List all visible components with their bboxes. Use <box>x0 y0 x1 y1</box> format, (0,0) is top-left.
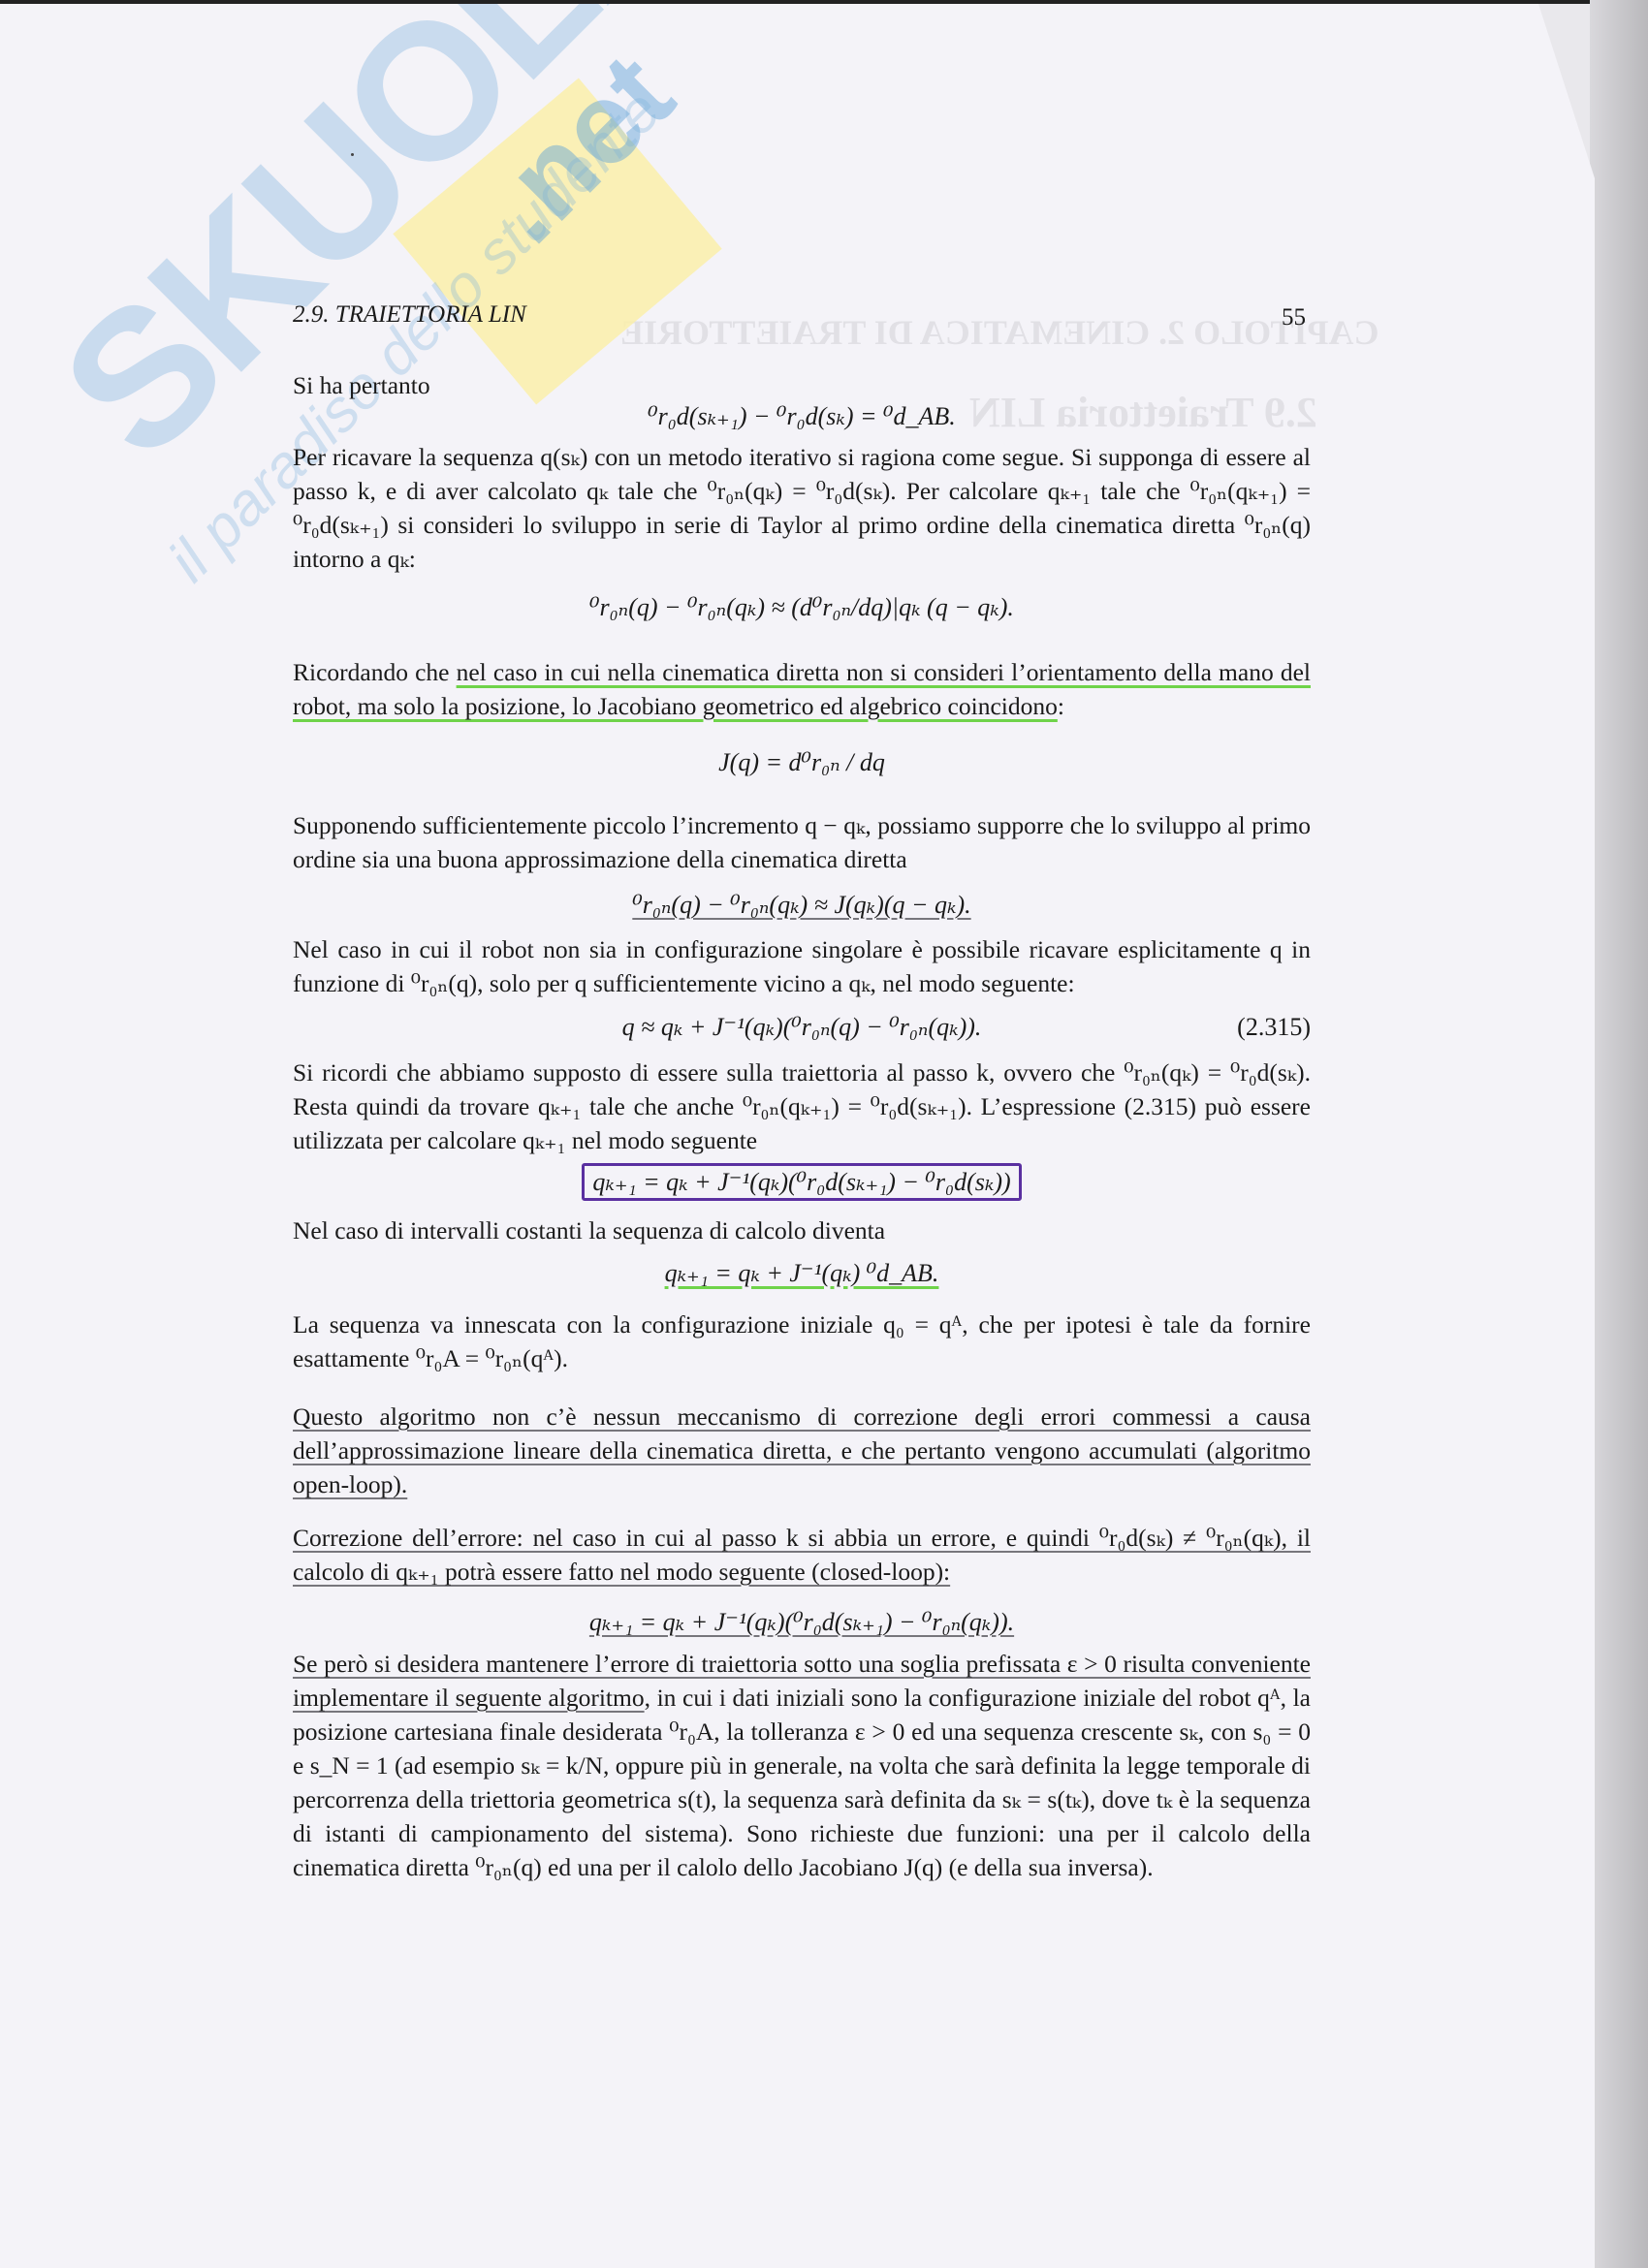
paragraph-text: , in cui i dati iniziali sono la configu… <box>293 1684 1311 1881</box>
purple-boxed-equation: qₖ₊₁ = qₖ + J⁻¹(qₖ)(⁰r₀d(sₖ₊₁) − ⁰r₀d(sₖ… <box>582 1163 1021 1201</box>
bleed-through-header: CAPITOLO 2. CINEMATICA DI TRAIETTORIE <box>620 312 1379 353</box>
scanner-background <box>1590 0 1648 2268</box>
pencil-underlined-paragraph: Correzione dell’errore: nel caso in cui … <box>293 1521 1311 1589</box>
document-page: CAPITOLO 2. CINEMATICA DI TRAIETTORIE 2.… <box>0 4 1595 2268</box>
paragraph: Si ricordi che abbiamo supposto di esser… <box>293 1055 1311 1157</box>
equation: ⁰r₀ₙ(q) − ⁰r₀ₙ(qₖ) ≈ J(qₖ)(q − qₖ). <box>293 888 1311 922</box>
paragraph: Supponendo sufficientemente piccolo l’in… <box>293 808 1311 876</box>
paragraph: Se però si desidera mantenere l’errore d… <box>293 1647 1311 1884</box>
equation-number: (2.315) <box>1237 1010 1311 1044</box>
paragraph-text: : <box>1058 692 1064 720</box>
equation: ⁰r₀ₙ(q) − ⁰r₀ₙ(qₖ) ≈ (d⁰r₀ₙ/dq)|qₖ (q − … <box>293 590 1311 624</box>
paragraph: La sequenza va innescata con la configur… <box>293 1307 1311 1375</box>
paragraph-text: Ricordando che <box>293 658 457 686</box>
paragraph: Si ha pertanto <box>293 368 1311 402</box>
paragraph: Nel caso in cui il robot non sia in conf… <box>293 932 1311 1000</box>
pencil-underline: qₖ₊₁ = qₖ + J⁻¹(qₖ)(⁰r₀d(sₖ₊₁) − ⁰r₀ₙ(qₖ… <box>589 1608 1014 1636</box>
green-highlight: qₖ₊₁ = qₖ + J⁻¹(qₖ) ⁰d_AB. <box>665 1259 939 1287</box>
equation: q ≈ qₖ + J⁻¹(qₖ)(⁰r₀ₙ(q) − ⁰r₀ₙ(qₖ)). (2… <box>293 1010 1311 1044</box>
page-number: 55 <box>1282 304 1306 331</box>
paragraph: Ricordando che nel caso in cui nella cin… <box>293 655 1311 723</box>
speck <box>351 153 354 156</box>
pencil-underlined-paragraph: Questo algoritmo non c’è nessun meccanis… <box>293 1400 1311 1501</box>
equation: ⁰r₀d(sₖ₊₁) − ⁰r₀d(sₖ) = ⁰d_AB. <box>293 399 1311 433</box>
equation: J(q) = d⁰r₀ₙ / dq <box>293 745 1311 779</box>
watermark-net: .net <box>458 28 698 268</box>
running-head: 2.9. TRAIETTORIA LIN <box>293 301 526 329</box>
watermark-yellow-square <box>393 79 721 405</box>
paragraph: Nel caso di intervalli costanti la seque… <box>293 1213 1311 1247</box>
pencil-underline: ⁰r₀ₙ(q) − ⁰r₀ₙ(qₖ) ≈ J(qₖ)(q − qₖ). <box>632 891 970 919</box>
paragraph: Per ricavare la sequenza q(sₖ) con un me… <box>293 440 1311 576</box>
equation-text: q ≈ qₖ + J⁻¹(qₖ)(⁰r₀ₙ(q) − ⁰r₀ₙ(qₖ)). <box>622 1013 982 1041</box>
equation: qₖ₊₁ = qₖ + J⁻¹(qₖ)(⁰r₀d(sₖ₊₁) − ⁰r₀ₙ(qₖ… <box>293 1605 1311 1639</box>
equation: qₖ₊₁ = qₖ + J⁻¹(qₖ)(⁰r₀d(sₖ₊₁) − ⁰r₀d(sₖ… <box>293 1165 1311 1199</box>
equation: qₖ₊₁ = qₖ + J⁻¹(qₖ) ⁰d_AB. <box>293 1256 1311 1290</box>
scan-top-edge <box>0 0 1648 4</box>
